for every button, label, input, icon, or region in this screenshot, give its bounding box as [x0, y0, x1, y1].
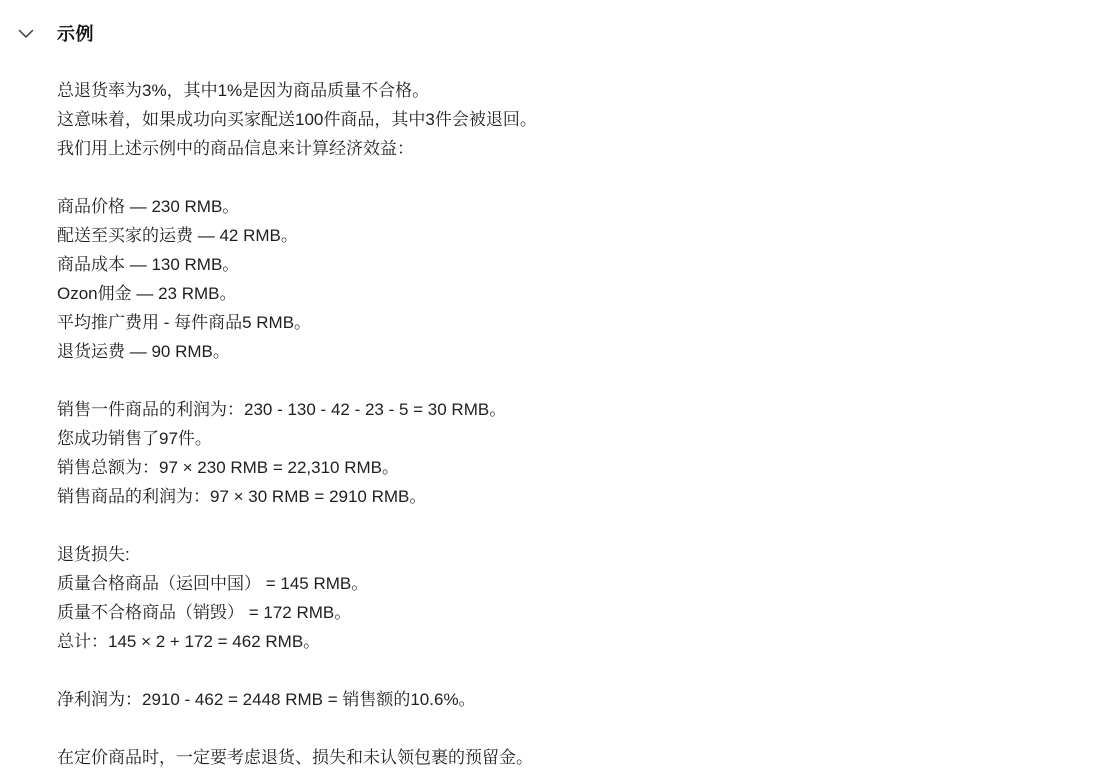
paragraph-return-losses: 退货损失: 质量合格商品（运回中国） = 145 RMB。 质量不合格商品（销毁…: [57, 540, 1062, 656]
text-line: 商品成本 — 130 RMB。: [57, 250, 1062, 279]
text-line: 配送至买家的运费 — 42 RMB。: [57, 221, 1062, 250]
text-line: 质量不合格商品（销毁） = 172 RMB。: [57, 598, 1062, 627]
paragraph-advice: 在定价商品时，一定要考虑退货、损失和未认领包裹的预留金。: [57, 743, 1062, 772]
chevron-down-icon[interactable]: [18, 25, 34, 43]
text-line: 总计：145 × 2 + 172 = 462 RMB。: [57, 627, 1062, 656]
text-line: 平均推广费用 - 每件商品5 RMB。: [57, 308, 1062, 337]
paragraph-sales-profit: 销售一件商品的利润为：230 - 130 - 42 - 23 - 5 = 30 …: [57, 395, 1062, 511]
text-line: 销售商品的利润为：97 × 30 RMB = 2910 RMB。: [57, 482, 1062, 511]
text-line: 退货运费 — 90 RMB。: [57, 337, 1062, 366]
text-line: Ozon佣金 — 23 RMB。: [57, 279, 1062, 308]
text-line: 这意味着，如果成功向买家配送100件商品，其中3件会被退回。: [57, 105, 1062, 134]
toggle-section-header[interactable]: 示例: [18, 24, 94, 44]
section-content: 总退货率为3%，其中1%是因为商品质量不合格。 这意味着，如果成功向买家配送10…: [57, 76, 1062, 772]
page: 示例 总退货率为3%，其中1%是因为商品质量不合格。 这意味着，如果成功向买家配…: [0, 0, 1102, 772]
paragraph-net-profit: 净利润为：2910 - 462 = 2448 RMB = 销售额的10.6%。: [57, 685, 1062, 714]
text-line: 商品价格 — 230 RMB。: [57, 192, 1062, 221]
text-line: 销售一件商品的利润为：230 - 130 - 42 - 23 - 5 = 30 …: [57, 395, 1062, 424]
text-line: 您成功销售了97件。: [57, 424, 1062, 453]
text-line: 净利润为：2910 - 462 = 2448 RMB = 销售额的10.6%。: [57, 685, 1062, 714]
section-title[interactable]: 示例: [57, 24, 94, 44]
paragraph-costs: 商品价格 — 230 RMB。 配送至买家的运费 — 42 RMB。 商品成本 …: [57, 192, 1062, 366]
text-line: 在定价商品时，一定要考虑退货、损失和未认领包裹的预留金。: [57, 743, 1062, 772]
text-line: 退货损失:: [57, 540, 1062, 569]
paragraph-intro: 总退货率为3%，其中1%是因为商品质量不合格。 这意味着，如果成功向买家配送10…: [57, 76, 1062, 163]
text-line: 质量合格商品（运回中国） = 145 RMB。: [57, 569, 1062, 598]
text-line: 我们用上述示例中的商品信息来计算经济效益：: [57, 134, 1062, 163]
text-line: 销售总额为：97 × 230 RMB = 22,310 RMB。: [57, 453, 1062, 482]
text-line: 总退货率为3%，其中1%是因为商品质量不合格。: [57, 76, 1062, 105]
